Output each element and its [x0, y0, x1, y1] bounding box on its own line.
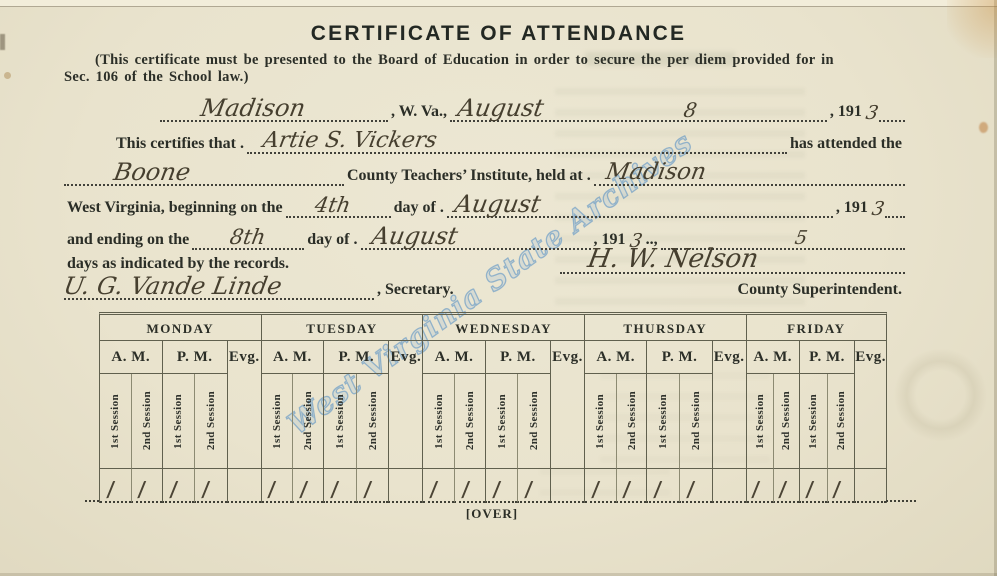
session-label-cell: 2nd Session [454, 374, 485, 469]
period-evg-label: Evg. [712, 341, 746, 374]
session-label-cell: 2nd Session [616, 374, 647, 469]
attendance-mark-cell: / [747, 469, 773, 503]
attendance-tick: / [686, 479, 695, 500]
note-line-1: (This certificate must be presented to t… [95, 52, 834, 69]
begin-printed: West Virginia, beginning on the [64, 200, 286, 218]
session-label: 2nd Session [780, 391, 792, 450]
day-column-monday: MONDAY A. M. P. M. Evg. 1st Session 2nd … [100, 315, 261, 503]
period-pm-label: P. M. [323, 341, 388, 374]
attendance-tick: / [833, 479, 842, 500]
session-label-cell: 1st Session [423, 374, 454, 469]
period-pm-label: P. M. [485, 341, 550, 374]
place-handwriting: Madison [199, 96, 307, 120]
session-label: 1st Session [172, 394, 184, 449]
attendance-mark-cell: / [194, 469, 227, 503]
ink-bleed-through [893, 330, 988, 460]
session-label-cell: 2nd Session [827, 374, 855, 469]
attendance-mark-cell [550, 469, 584, 503]
attendance-mark-cell: / [262, 469, 293, 503]
session-label-cell: 2nd Session [292, 374, 323, 469]
period-evg-label: Evg. [388, 341, 422, 374]
attendance-mark-cell: / [773, 469, 799, 503]
attendance-tick: / [654, 479, 663, 500]
session-label-cell: 2nd Session [517, 374, 550, 469]
session-label: 1st Session [807, 394, 819, 449]
year-printed: , 191 [827, 104, 865, 122]
name-field: Artie S. Vickers [247, 130, 787, 154]
superintendent-signature-field: H. W. Nelson [560, 250, 905, 274]
place-field: Madison [160, 98, 388, 122]
attendance-tick: / [330, 479, 339, 500]
county-field: Boone [64, 162, 344, 186]
attendance-tick: / [169, 479, 178, 500]
attendance-tick: / [201, 479, 210, 500]
month-handwriting: August [455, 96, 545, 120]
day-column-wednesday: WEDNESDAY A. M. P. M. Evg. 1st Session 2… [422, 315, 584, 503]
session-label-cell: 2nd Session [131, 374, 162, 469]
day-column-tuesday: TUESDAY A. M. P. M. Evg. 1st Session 2nd… [261, 315, 423, 503]
attendance-mark-cell: / [454, 469, 485, 503]
end-day-handwriting: 8th [228, 227, 267, 248]
evening-column-space [550, 374, 584, 469]
period-am-label: A. M. [262, 341, 324, 374]
attendance-mark-cell [388, 469, 422, 503]
attendance-mark-cell: / [162, 469, 195, 503]
day-handwriting: 8 [682, 100, 698, 120]
stain [979, 122, 988, 133]
held-at-field: Madison [594, 162, 905, 186]
attendance-tick: / [363, 479, 372, 500]
begin-month-handwriting: August [452, 192, 542, 216]
end-month-handwriting: August [370, 224, 460, 248]
dotted-line-extension [85, 498, 99, 502]
evening-column-space [712, 374, 746, 469]
session-label-cell: 2nd Session [356, 374, 389, 469]
session-label: 1st Session [334, 394, 346, 449]
attendance-tick: / [778, 479, 787, 500]
attendance-mark-cell: / [585, 469, 616, 503]
session-label: 2nd Session [690, 391, 702, 450]
session-label: 1st Session [657, 394, 669, 449]
secretary-signature-handwriting: U. G. Vande Linde [62, 274, 284, 298]
attendance-tick: / [525, 479, 534, 500]
period-pm-label: P. M. [162, 341, 227, 374]
session-label-cell: 1st Session [262, 374, 293, 469]
attendance-tick: / [492, 479, 501, 500]
day-header: MONDAY [100, 315, 261, 341]
attendance-tick: / [622, 479, 631, 500]
session-label-cell: 1st Session [747, 374, 773, 469]
session-label-cell: 1st Session [323, 374, 356, 469]
day-header: THURSDAY [585, 315, 746, 341]
state-printed: , W. Va., [388, 104, 450, 122]
period-evg-label: Evg. [550, 341, 584, 374]
form-line-records-signature: days as indicated by the records. H. W. … [64, 246, 905, 274]
period-pm-label: P. M. [799, 341, 854, 374]
session-label-cell: 2nd Session [773, 374, 799, 469]
evening-column-space [854, 374, 886, 469]
form-line-beginning: West Virginia, beginning on the 4th day … [64, 190, 905, 218]
attendance-tick: / [591, 479, 600, 500]
superintendent-signature-handwriting: H. W. Nelson [585, 246, 760, 272]
attendance-mark-cell: / [423, 469, 454, 503]
attendance-mark-cell [712, 469, 746, 503]
attended-printed: has attended the [787, 136, 905, 154]
period-am-label: A. M. [747, 341, 799, 374]
session-label-cell: 1st Session [646, 374, 679, 469]
begin-day-handwriting: 4th [313, 195, 352, 216]
begin-month-field: August [447, 194, 833, 218]
session-label: 2nd Session [528, 391, 540, 450]
evening-column-space [227, 374, 261, 469]
day-column-thursday: THURSDAY A. M. P. M. Evg. 1st Session 2n… [584, 315, 746, 503]
attendance-tick: / [299, 479, 308, 500]
day-header: FRIDAY [747, 315, 886, 341]
attendance-mark-cell: / [356, 469, 389, 503]
trailing-dots [885, 194, 905, 218]
session-label: 1st Session [271, 394, 283, 449]
attendance-mark-cell: / [517, 469, 550, 503]
session-label-cell: 1st Session [485, 374, 518, 469]
attendance-mark-cell: / [292, 469, 323, 503]
held-at-handwriting: Madison [604, 161, 708, 184]
form-line-county: Boone County Teachers’ Institute, held a… [64, 158, 905, 186]
day-header: TUESDAY [262, 315, 423, 341]
day-of-printed: day of . [391, 200, 447, 218]
paper-top-edge [0, 0, 997, 7]
period-am-label: A. M. [100, 341, 162, 374]
session-label: 1st Session [109, 394, 121, 449]
evening-column-space [388, 374, 422, 469]
form-line-secretary: U. G. Vande Linde , Secretary. County Su… [64, 272, 905, 300]
attendance-mark-cell [854, 469, 886, 503]
certificate-document: CERTIFICATE OF ATTENDANCE (This certific… [0, 0, 997, 576]
period-evg-label: Evg. [854, 341, 886, 374]
session-label: 1st Session [754, 394, 766, 449]
institute-printed: County Teachers’ Institute, held at . [344, 168, 594, 186]
superintendent-title-printed: County Superintendent. [735, 282, 905, 300]
session-label-cell: 1st Session [100, 374, 131, 469]
note-line-2: Sec. 106 of the School law.) [64, 69, 249, 86]
secretary-printed: , Secretary. [374, 282, 457, 300]
trailing-dots [879, 98, 905, 122]
attendance-tick: / [461, 479, 470, 500]
date-field: August 8 [450, 98, 827, 122]
begin-day-field: 4th [286, 194, 391, 218]
attendance-mark-cell: / [799, 469, 827, 503]
session-label-cell: 1st Session [585, 374, 616, 469]
session-label: 2nd Session [205, 391, 217, 450]
attendance-tick: / [429, 479, 438, 500]
blank-gap [457, 278, 735, 300]
county-handwriting: Boone [112, 160, 192, 184]
form-line-place-date: Madison , W. Va., August 8 , 191 3 [160, 94, 905, 122]
session-label: 1st Session [433, 394, 445, 449]
begin-year-digit-handwriting: 3 [870, 200, 885, 219]
form-line-name: This certifies that . Artie S. Vickers h… [113, 126, 905, 154]
attendance-mark-cell: / [485, 469, 518, 503]
dotted-line-extension [886, 498, 916, 502]
session-label-cell: 2nd Session [194, 374, 227, 469]
session-label: 2nd Session [464, 391, 476, 450]
attendance-mark-cell: / [827, 469, 855, 503]
period-evg-label: Evg. [227, 341, 261, 374]
session-label: 1st Session [594, 394, 606, 449]
attendance-tick: / [268, 479, 277, 500]
session-label: 2nd Session [302, 391, 314, 450]
session-label-cell: 2nd Session [679, 374, 712, 469]
session-label-cell: 1st Session [162, 374, 195, 469]
attendance-mark-cell: / [131, 469, 162, 503]
document-title: CERTIFICATE OF ATTENDANCE [0, 22, 997, 46]
session-label: 2nd Session [835, 391, 847, 450]
period-pm-label: P. M. [646, 341, 711, 374]
session-label-cell: 1st Session [799, 374, 827, 469]
period-am-label: A. M. [585, 341, 647, 374]
attendance-mark-cell: / [323, 469, 356, 503]
day-column-friday: FRIDAY A. M. P. M. Evg. 1st Session 2nd … [746, 315, 886, 503]
attendance-mark-cell [227, 469, 261, 503]
attendance-mark-cell: / [646, 469, 679, 503]
session-label: 2nd Session [141, 391, 153, 450]
session-label: 2nd Session [367, 391, 379, 450]
session-label: 1st Session [496, 394, 508, 449]
certifies-printed: This certifies that . [113, 136, 247, 154]
day-header: WEDNESDAY [423, 315, 584, 341]
blank-gap [292, 252, 560, 274]
attendance-tick: / [106, 479, 115, 500]
attendance-table: MONDAY A. M. P. M. Evg. 1st Session 2nd … [99, 312, 887, 503]
attendance-mark-cell: / [616, 469, 647, 503]
attendance-mark-cell: / [100, 469, 131, 503]
attendance-tick: / [751, 479, 760, 500]
session-label: 2nd Session [626, 391, 638, 450]
period-am-label: A. M. [423, 341, 485, 374]
attendee-name-handwriting: Artie S. Vickers [261, 130, 438, 152]
attendance-tick: / [137, 479, 146, 500]
begin-year-printed: , 191 [833, 200, 871, 218]
stain [4, 72, 11, 79]
over-label: [OVER] [99, 506, 885, 522]
secretary-signature-field: U. G. Vande Linde [64, 276, 374, 300]
attendance-mark-cell: / [679, 469, 712, 503]
attendance-tick: / [805, 479, 814, 500]
year-digit-handwriting: 3 [864, 104, 879, 123]
